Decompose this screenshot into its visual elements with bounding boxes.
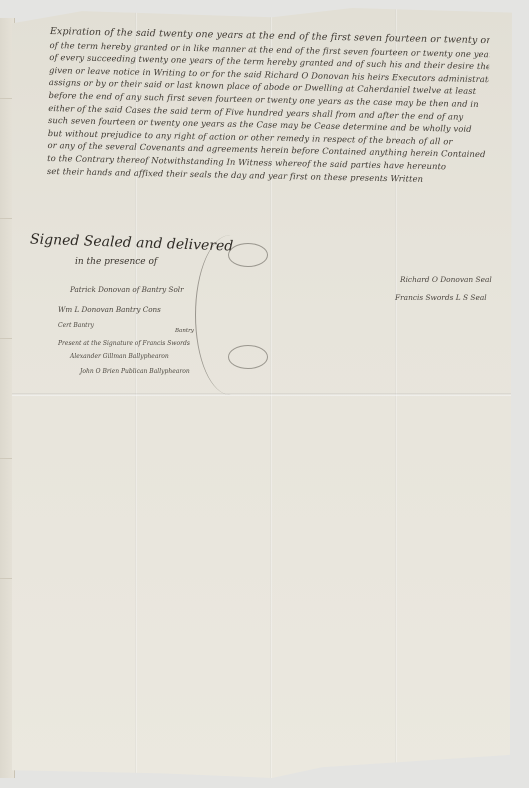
in-presence-of-label: in the presence of [75,257,157,267]
witness-name: Cert Bantry [58,322,94,329]
party-signature: Richard O Donovan Seal [400,275,492,284]
seal-loop [228,345,268,369]
witness-name: Wm L Donovan Bantry Cons [58,305,161,314]
witness-name: Patrick Donovan of Bantry Solr [70,285,184,294]
party-signature: Francis Swords L S Seal [395,293,487,302]
witness-name: Alexander Gillman Ballyphearon [70,353,169,360]
witness-name: John O Brien Publican Ballyphearon [80,368,190,375]
second-block-heading: Present at the Signature of Francis Swor… [58,340,190,347]
location-note: Bantry [175,328,194,334]
seal-loop [228,243,268,267]
deed-body-text: Expiration of the said twenty one years … [47,26,490,186]
